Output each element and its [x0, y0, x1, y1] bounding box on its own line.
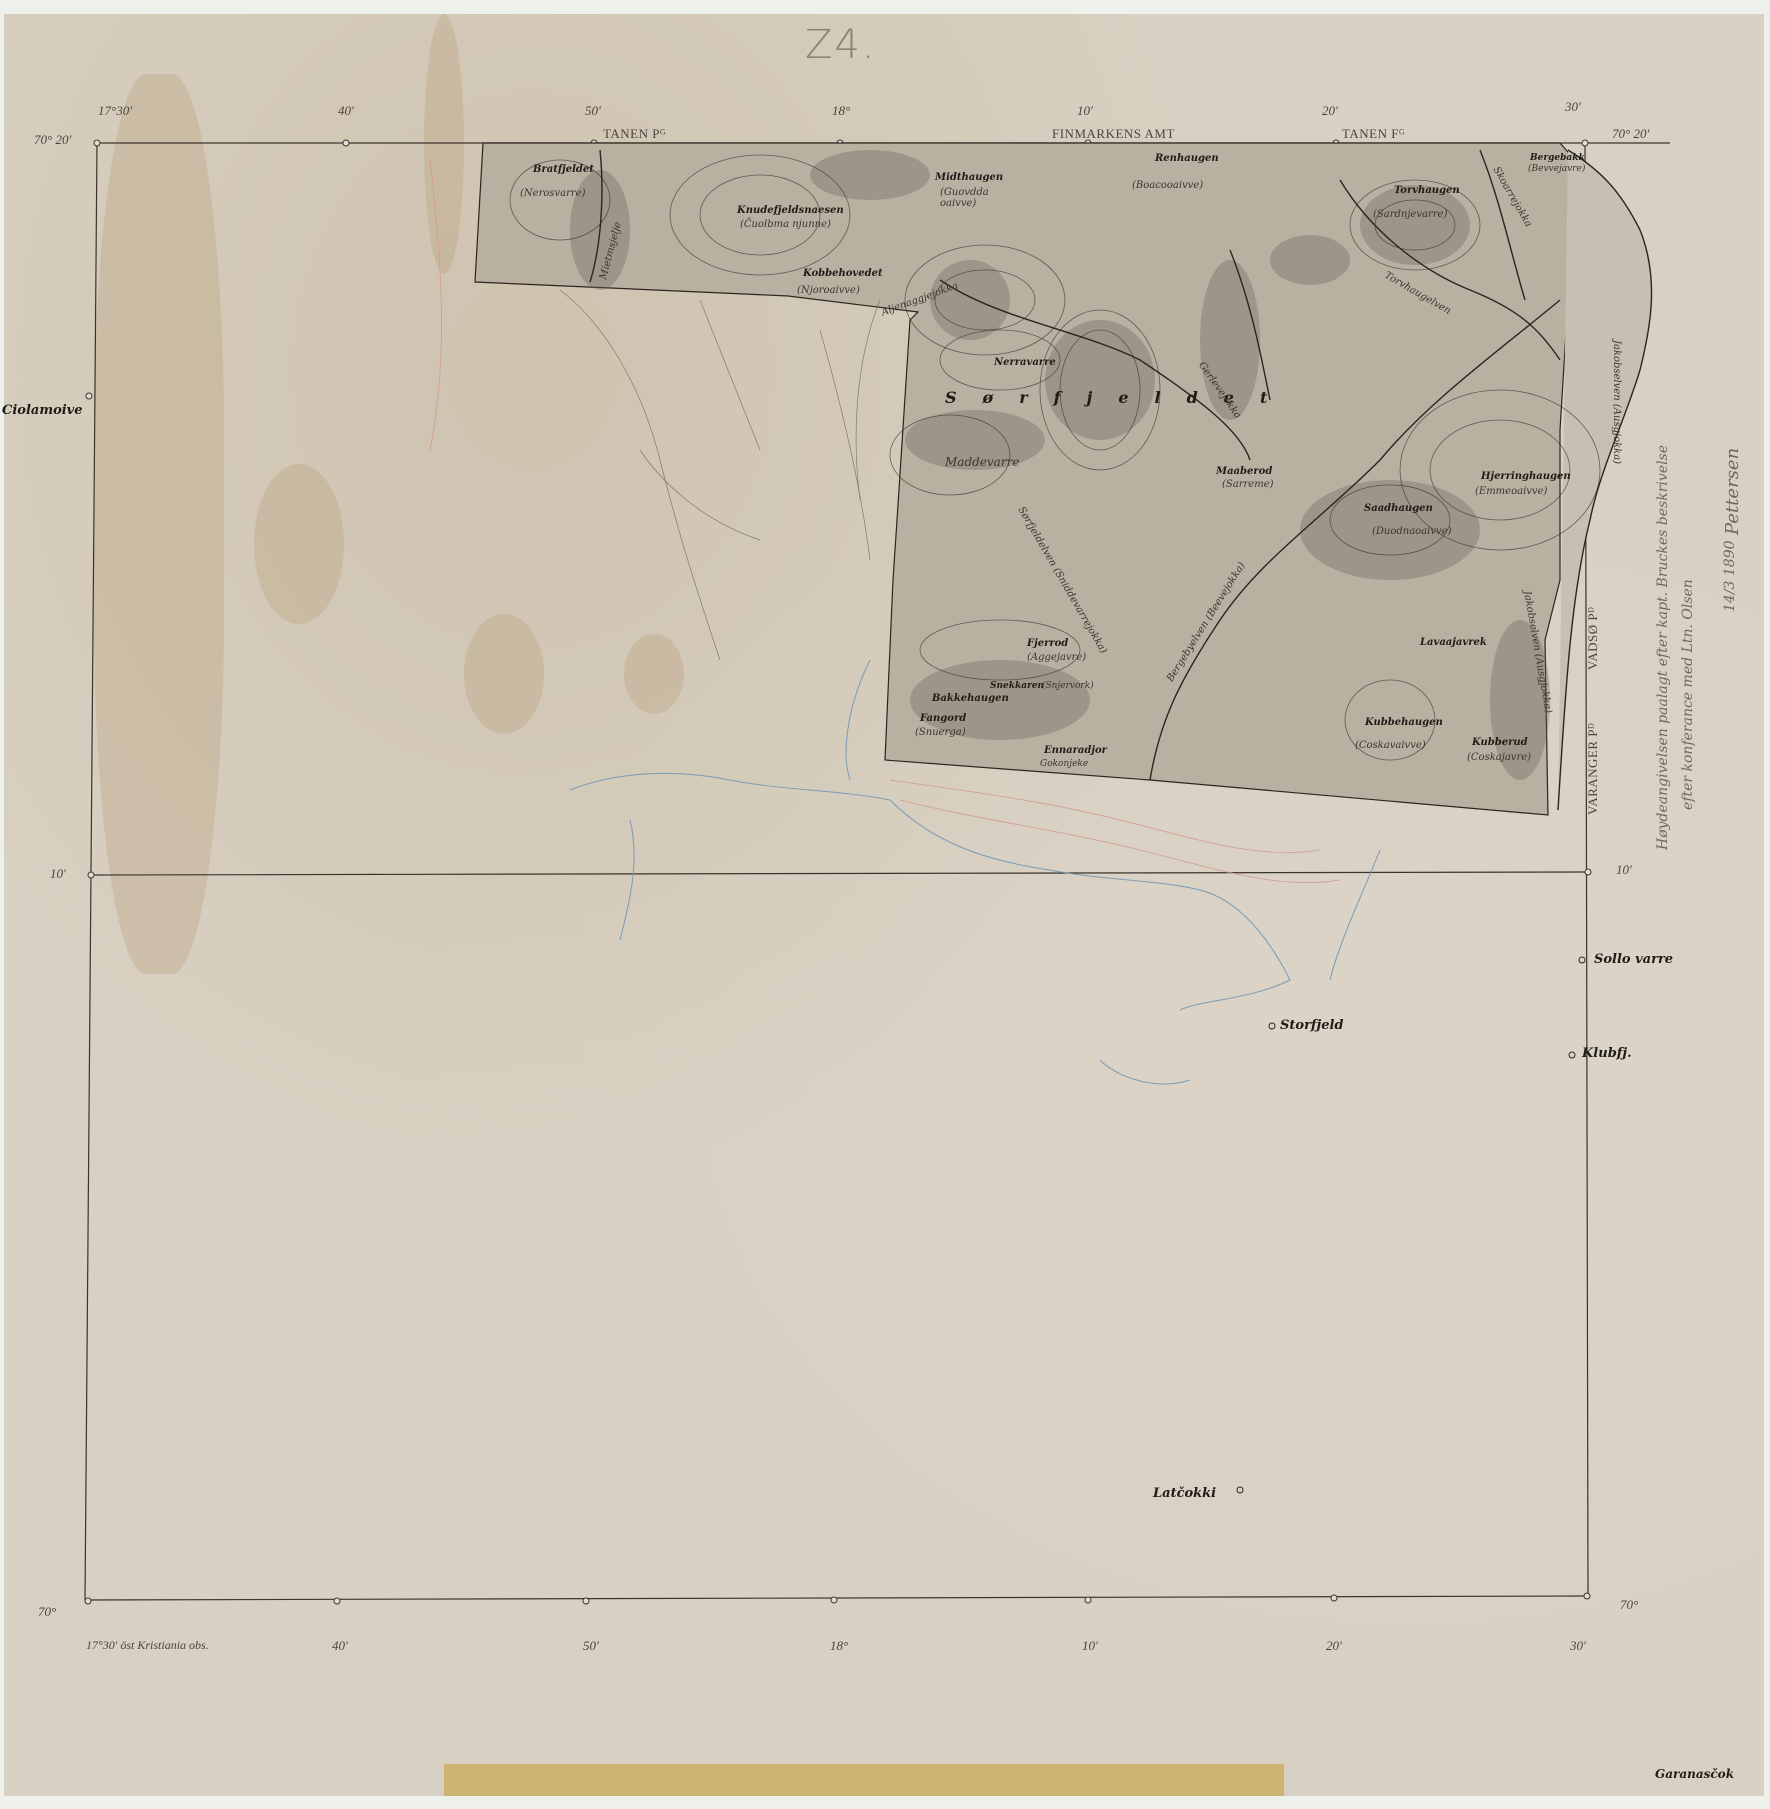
place-lavaajavrek: Lavaajavrek — [1420, 637, 1465, 648]
place-ennaradjor: Ennaradjor — [1044, 745, 1107, 756]
place-garanascok: Garanasčok — [1655, 1767, 1734, 1781]
place-sorfjeldet: Sørfjeldet — [945, 388, 1293, 407]
place-torvhaugen-alt: (Sardnjevarre) — [1373, 209, 1447, 220]
place-torvhaugen: Torvhaugen — [1394, 185, 1460, 196]
place-maddevarre: Maddevarre — [945, 455, 1019, 469]
map-drawing — [0, 0, 1770, 1809]
right-latitude-tick: 70° 20' — [1612, 126, 1649, 142]
place-kubbehaugen: Kubbehaugen — [1365, 717, 1443, 728]
place-midthaugen: Midthaugen — [935, 172, 1003, 183]
place-fjerrod-alt: (Aggejavre) — [1027, 652, 1086, 663]
region-label-varanger: VARANGER Pᴰ — [1585, 723, 1601, 815]
top-longitude-tick: 30' — [1565, 99, 1581, 115]
handwritten-signature: Pettersen — [1722, 448, 1743, 535]
region-label-tanen-pg: TANEN Pᴳ — [603, 126, 666, 142]
top-longitude-tick: 18° — [832, 103, 850, 119]
right-latitude-tick: 70° — [1620, 1597, 1638, 1613]
place-snekkaren: Snekkaren — [990, 681, 1044, 691]
place-bergebakk-alt: (Bevvejavre) — [1528, 164, 1585, 174]
place-fangord-alt: (Snuerga) — [915, 727, 966, 738]
top-longitude-tick: 50' — [585, 103, 601, 119]
left-latitude-tick: 70° 20' — [34, 132, 71, 148]
place-hjerringhaugen: Hjerringhaugen — [1481, 471, 1571, 482]
place-storfjeld: Storfjeld — [1280, 1018, 1344, 1033]
place-nerravarre: Nerravarre — [994, 357, 1056, 368]
place-renhaugen-alt: (Boacooaivve) — [1132, 180, 1203, 191]
region-label-vadso: VADSØ Pᴰ — [1585, 607, 1601, 670]
place-ciolamoive: Ciolamoive — [2, 403, 83, 418]
bottom-longitude-tick: 30' — [1570, 1638, 1586, 1654]
handwritten-note-date: 14/3 1890 — [1722, 540, 1738, 612]
region-label-finmarkens-amt: FINMARKENS AMT — [1052, 126, 1175, 142]
place-renhaugen: Renhaugen — [1155, 153, 1219, 164]
bottom-longitude-tick: 40' — [332, 1638, 348, 1654]
left-latitude-tick: 10' — [50, 866, 66, 882]
place-knudefjeldsnaesen-alt: (Čuolbma njunne) — [740, 219, 831, 230]
place-ennaradjor-alt: Gokonjeke — [1040, 759, 1088, 769]
place-bergebakk: Bergebakk — [1530, 153, 1585, 163]
handwritten-note-line2: efter konferance med Ltn. Olsen — [1680, 579, 1696, 810]
top-longitude-tick: 40' — [338, 103, 354, 119]
bottom-longitude-tick: 20' — [1326, 1638, 1342, 1654]
bottom-longitude-tick: 18° — [830, 1638, 848, 1654]
place-fangord: Fangord — [920, 713, 966, 724]
place-maaberod-alt: (Sarreme) — [1222, 479, 1274, 490]
pencil-drainage — [560, 290, 880, 660]
sheet-title: Z4. — [805, 22, 877, 68]
place-kobbehovedet-alt: (Njoroaivve) — [797, 285, 860, 296]
top-longitude-tick: 20' — [1322, 103, 1338, 119]
region-label-tanen-fg: TANEN Fᴳ — [1342, 126, 1405, 142]
adhesive-tape-strip — [444, 1764, 1284, 1796]
place-knudefjeldsnaesen: Knudefjeldsnaesen — [737, 205, 844, 216]
place-klubfj: Klubfj. — [1582, 1046, 1632, 1061]
place-bratfjeldet-alt: (Nerosvarre) — [520, 188, 586, 199]
place-bratfjeldet: Bratfjeldet — [533, 164, 594, 175]
right-latitude-tick: 10' — [1616, 862, 1632, 878]
place-saadhaugen-alt: (Duodnaoaivve) — [1372, 526, 1451, 537]
eastern-boundary-river — [1558, 150, 1652, 810]
place-kubbehaugen-alt: (Coskavaivve) — [1355, 740, 1426, 751]
place-latcokki: Latčokki — [1153, 1486, 1216, 1501]
place-kobbehovedet: Kobbehovedet — [803, 268, 883, 279]
place-saadhaugen: Saadhaugen — [1364, 503, 1433, 514]
place-kubberud: Kubberud — [1472, 737, 1528, 748]
river-jakobselven-upper: Jakobselven (Ausgjokka) — [1611, 340, 1622, 464]
place-maaberod: Maaberod — [1216, 466, 1272, 477]
place-fjerrod: Fjerrod — [1027, 638, 1068, 649]
bottom-longitude-tick: 50' — [583, 1638, 599, 1654]
top-longitude-tick: 10' — [1077, 103, 1093, 119]
place-snekkaren-alt: (Snjervork) — [1042, 681, 1094, 691]
handwritten-note-line1: Høydeangivelsen paalagt efter kapt. Bruc… — [1655, 445, 1671, 850]
place-sollo-varre: Sollo varre — [1594, 952, 1673, 967]
place-midthaugen-alt: (Guovdda oaivve) — [940, 187, 1000, 209]
bottom-longitude-tick: 10' — [1082, 1638, 1098, 1654]
place-hjerringhaugen-alt: (Emmeoaivve) — [1475, 486, 1547, 497]
bottom-longitude-tick: 17°30' öst Kristiania obs. — [86, 1638, 209, 1653]
left-latitude-tick: 70° — [38, 1604, 56, 1620]
place-kubberud-alt: (Coskajavre) — [1467, 752, 1531, 763]
place-bakkehaugen: Bakkehaugen — [932, 693, 1009, 704]
top-longitude-tick: 17°30' — [98, 103, 132, 119]
